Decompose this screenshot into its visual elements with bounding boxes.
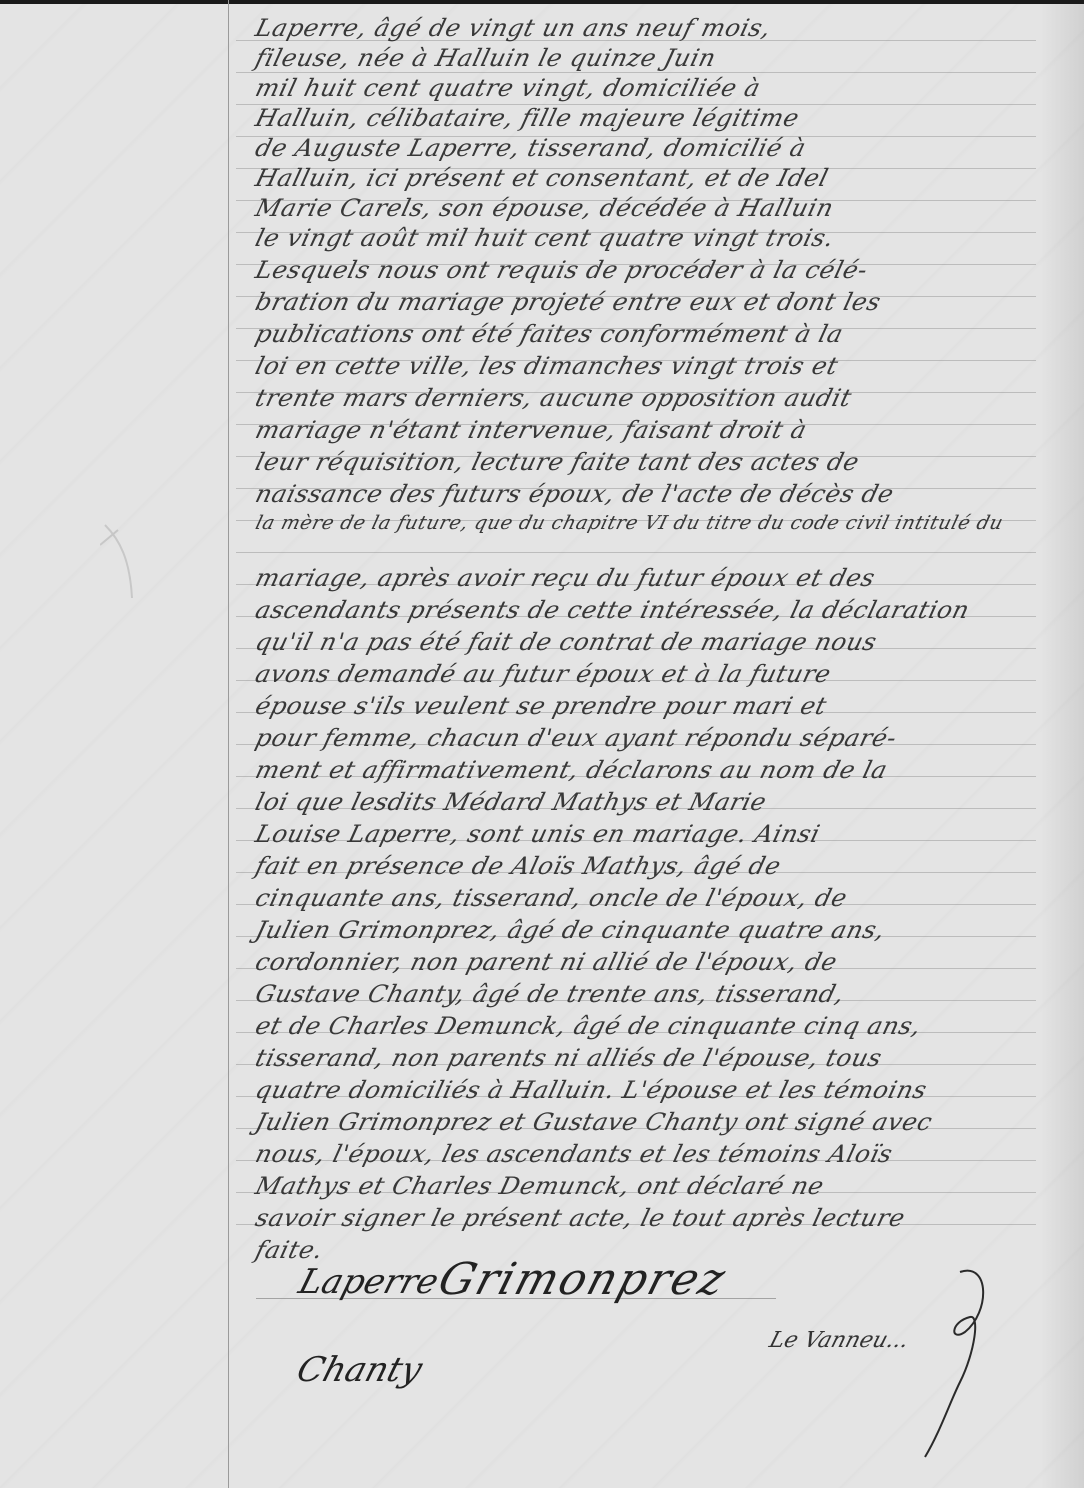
signature-officer: Le Vanneu...	[766, 1328, 911, 1353]
signature-witness-grimonprez: Grimonprez	[433, 1254, 733, 1305]
text-line: Mathys et Charles Demunck, ont déclaré n…	[253, 1172, 827, 1200]
text-line: cinquante ans, tisserand, oncle de l'épo…	[253, 884, 851, 912]
signature-witness-chanty: Chanty	[292, 1350, 426, 1390]
ruled-line	[236, 552, 1036, 553]
officer-paraph-flourish-icon	[920, 1262, 990, 1462]
text-line: Julien Grimonprez, âgé de cinquante quat…	[253, 916, 889, 944]
text-line: Halluin, ici présent et consentant, et d…	[253, 164, 832, 192]
ruled-line	[236, 72, 1036, 73]
text-line: pour femme, chacun d'eux ayant répondu s…	[253, 724, 900, 752]
text-line: de Auguste Laperre, tisserand, domicilié…	[253, 134, 809, 162]
text-line: ascendants présents de cette intéressée,…	[253, 596, 973, 624]
text-line: loi que lesdits Médard Mathys et Marie	[253, 788, 770, 816]
text-line: quatre domiciliés à Halluin. L'épouse et…	[253, 1076, 930, 1104]
text-line: tisserand, non parents ni alliés de l'ép…	[253, 1044, 885, 1072]
text-line: mil huit cent quatre vingt, domiciliée à	[253, 74, 764, 102]
text-line: Louise Laperre, sont unis en mariage. Ai…	[253, 820, 824, 848]
text-line: qu'il n'a pas été fait de contrat de mar…	[253, 628, 880, 656]
text-line: et de Charles Demunck, âgé de cinquante …	[253, 1012, 925, 1040]
text-line: publications ont été faites conformément…	[253, 320, 847, 348]
text-line: mariage, après avoir reçu du futur époux…	[253, 564, 879, 592]
text-line: épouse s'ils veulent se prendre pour mar…	[253, 692, 830, 720]
text-line: le vingt août mil huit cent quatre vingt…	[253, 224, 838, 252]
page-top-edge	[0, 0, 1084, 4]
text-line: Julien Grimonprez et Gustave Chanty ont …	[253, 1108, 936, 1136]
text-line: fileuse, née à Halluin le quinze Juin	[253, 44, 720, 72]
text-line: savoir signer le présent acte, le tout a…	[253, 1204, 909, 1232]
text-line: la mère de la future, que du chapitre VI…	[253, 512, 1005, 534]
text-line: naissance des futurs époux, de l'acte de…	[253, 480, 897, 508]
text-line: bration du mariage projeté entre eux et …	[253, 288, 884, 316]
text-line: trente mars derniers, aucune opposition …	[253, 384, 855, 412]
text-line: mariage n'étant intervenue, faisant droi…	[253, 416, 810, 444]
text-line: cordonnier, non parent ni allié de l'épo…	[253, 948, 841, 976]
text-line: ment et affirmativement, déclarons au no…	[253, 756, 891, 784]
text-line: Halluin, célibataire, fille majeure légi…	[253, 104, 803, 132]
text-line: avons demandé au futur époux et à la fut…	[253, 660, 834, 688]
text-line: Gustave Chanty, âgé de trente ans, tisse…	[253, 980, 848, 1008]
margin-arrow-mark-icon	[100, 520, 140, 600]
text-line: nous, l'époux, les ascendants et les tém…	[253, 1140, 896, 1168]
text-line: leur réquisition, lecture faite tant des…	[253, 448, 863, 476]
text-line: Marie Carels, son épouse, décédée à Hall…	[253, 194, 837, 222]
text-line: fait en présence de Aloïs Mathys, âgé de	[253, 852, 784, 880]
signature-bride: Laperre	[294, 1262, 443, 1302]
margin-rule	[228, 0, 229, 1488]
text-line: loi en cette ville, les dimanches vingt …	[253, 352, 842, 380]
text-line: Lesquels nous ont requis de procéder à l…	[253, 256, 871, 284]
document-page: Laperre, âgé de vingt un ans neuf mois, …	[0, 0, 1084, 1488]
text-line: faite.	[253, 1236, 327, 1264]
text-line: Laperre, âgé de vingt un ans neuf mois,	[253, 14, 775, 42]
